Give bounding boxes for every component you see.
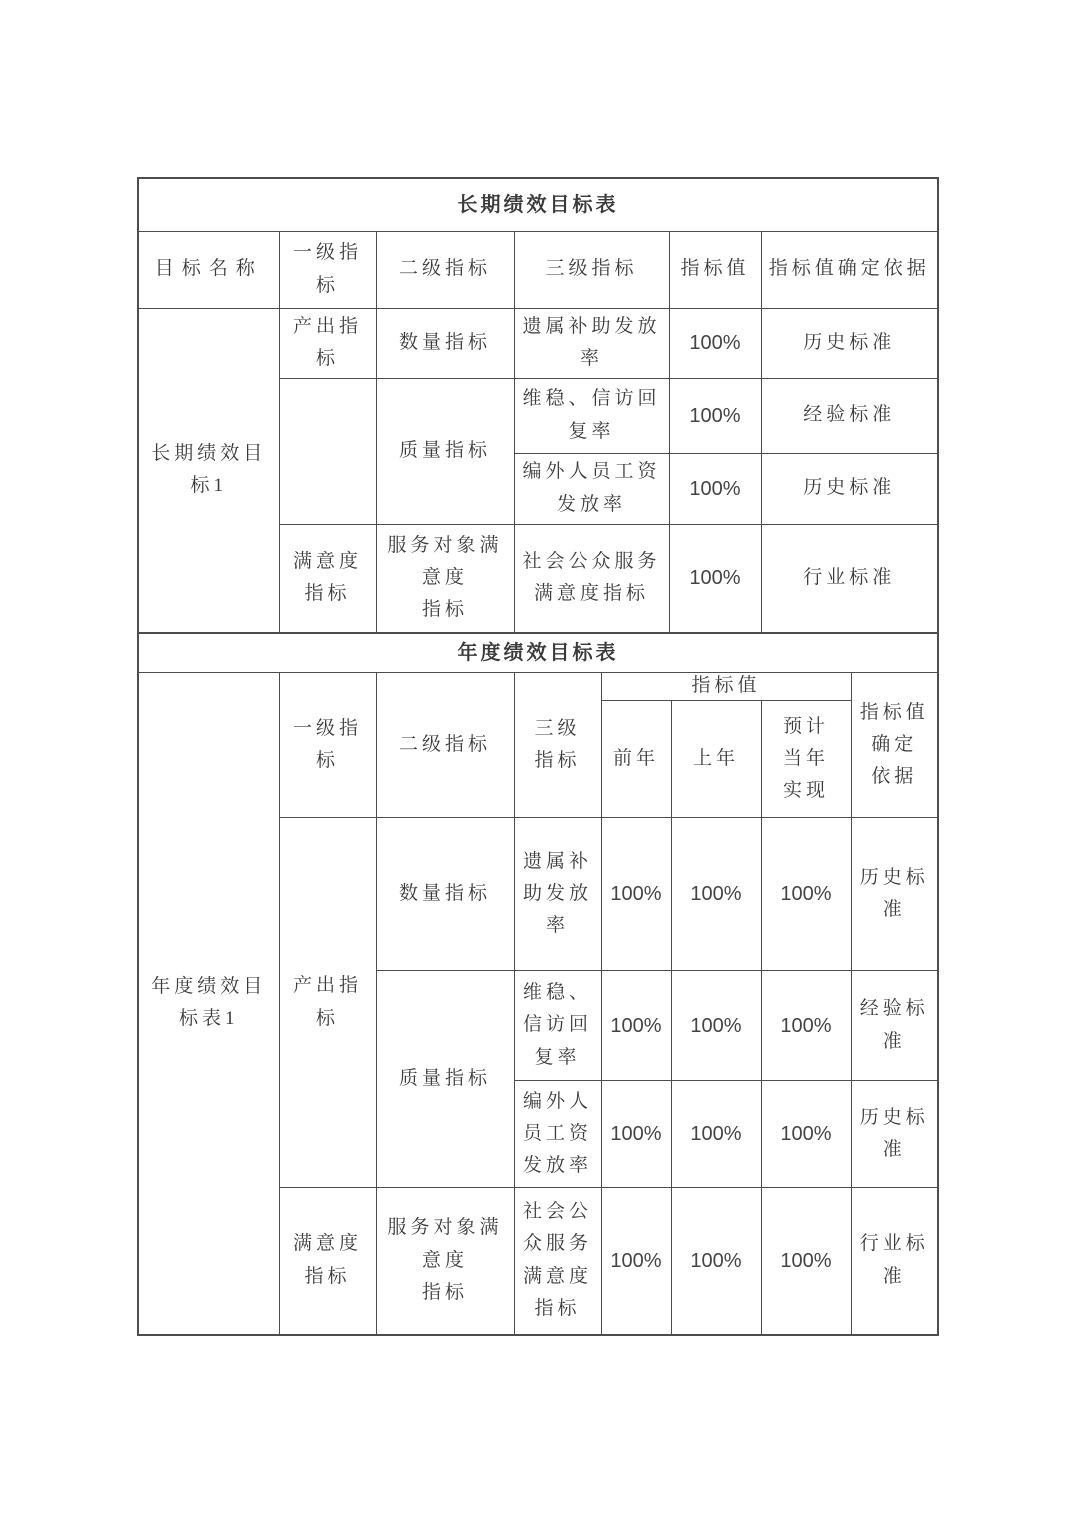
basis-cell: 经验标 准 [851, 971, 938, 1081]
value-cell: 100% [669, 453, 761, 524]
level2-cell: 数量指标 [376, 308, 514, 378]
value-expected-cell: 100% [761, 1188, 851, 1335]
document-page: 长期绩效目标表 目标名称 一级指 标 二级指标 三级指标 指标值 指标值确定依据… [137, 177, 937, 1336]
header-indicator-value: 指标值 [669, 231, 761, 308]
level1-cell: 产出指 标 [279, 818, 376, 1188]
basis-cell: 历史标 准 [851, 1081, 938, 1188]
level2-cell: 服务对象满 意度 指标 [376, 524, 514, 633]
level3-cell: 维稳、信访回 复率 [514, 378, 669, 453]
header-value-basis: 指标值确定依据 [761, 231, 938, 308]
value-cell: 100% [669, 524, 761, 633]
header-level1-indicator: 一级指 标 [279, 673, 376, 818]
header-expected-current-year: 预计 当年 实现 [761, 701, 851, 818]
value-year-before-cell: 100% [601, 818, 671, 971]
annual-performance-table: 年度绩效目标表 年度绩效目 标表1 一级指 标 二级指标 三级 指标 指标值 指… [137, 632, 939, 1336]
value-year-before-cell: 100% [601, 1188, 671, 1335]
header-level2-indicator: 二级指标 [376, 673, 514, 818]
level1-cell: 满意度 指标 [279, 1188, 376, 1335]
value-year-before-cell: 100% [601, 971, 671, 1081]
basis-cell: 行业标 准 [851, 1188, 938, 1335]
level3-cell: 社会公 众服务 满意度 指标 [514, 1188, 601, 1335]
header-year-before-last: 前年 [601, 701, 671, 818]
value-expected-cell: 100% [761, 818, 851, 971]
value-cell: 100% [669, 308, 761, 378]
value-last-year-cell: 100% [671, 971, 761, 1081]
value-last-year-cell: 100% [671, 818, 761, 971]
header-level1-indicator: 一级指 标 [279, 231, 376, 308]
long-term-table-title: 长期绩效目标表 [138, 178, 938, 231]
value-last-year-cell: 100% [671, 1188, 761, 1335]
level2-cell: 质量指标 [376, 378, 514, 524]
long-term-performance-table: 长期绩效目标表 目标名称 一级指 标 二级指标 三级指标 指标值 指标值确定依据… [137, 177, 939, 634]
basis-cell: 经验标准 [761, 378, 938, 453]
level3-cell: 维稳、 信访回 复率 [514, 971, 601, 1081]
header-goal-name: 目标名称 [138, 231, 279, 308]
level1-empty-cell [279, 378, 376, 524]
basis-cell: 历史标准 [761, 453, 938, 524]
header-last-year: 上年 [671, 701, 761, 818]
level2-cell: 服务对象满 意度 指标 [376, 1188, 514, 1335]
level2-cell: 数量指标 [376, 818, 514, 971]
header-level2-indicator: 二级指标 [376, 231, 514, 308]
annual-table-title: 年度绩效目标表 [138, 633, 938, 673]
table-row: 长期绩效目 标1 产出指 标 数量指标 遗属补助发放 率 100% 历史标准 [138, 308, 938, 378]
header-level3-indicator: 三级指标 [514, 231, 669, 308]
value-expected-cell: 100% [761, 1081, 851, 1188]
value-cell: 100% [669, 378, 761, 453]
header-value-basis: 指标值 确定 依据 [851, 673, 938, 818]
value-expected-cell: 100% [761, 971, 851, 1081]
header-level3-indicator: 三级 指标 [514, 673, 601, 818]
level2-cell: 质量指标 [376, 971, 514, 1188]
level3-cell: 编外人 员工资 发放率 [514, 1081, 601, 1188]
basis-cell: 历史标准 [761, 308, 938, 378]
level3-cell: 社会公众服务 满意度指标 [514, 524, 669, 633]
goal-name-cell: 长期绩效目 标1 [138, 308, 279, 633]
basis-cell: 历史标 准 [851, 818, 938, 971]
level1-cell: 产出指 标 [279, 308, 376, 378]
basis-cell: 行业标准 [761, 524, 938, 633]
level1-cell: 满意度 指标 [279, 524, 376, 633]
level3-cell: 遗属补 助发放 率 [514, 818, 601, 971]
level3-cell: 遗属补助发放 率 [514, 308, 669, 378]
goal-name-cell: 年度绩效目 标表1 [138, 673, 279, 1335]
value-last-year-cell: 100% [671, 1081, 761, 1188]
value-year-before-cell: 100% [601, 1081, 671, 1188]
header-indicator-value-group: 指标值 [601, 673, 851, 701]
level3-cell: 编外人员工资 发放率 [514, 453, 669, 524]
